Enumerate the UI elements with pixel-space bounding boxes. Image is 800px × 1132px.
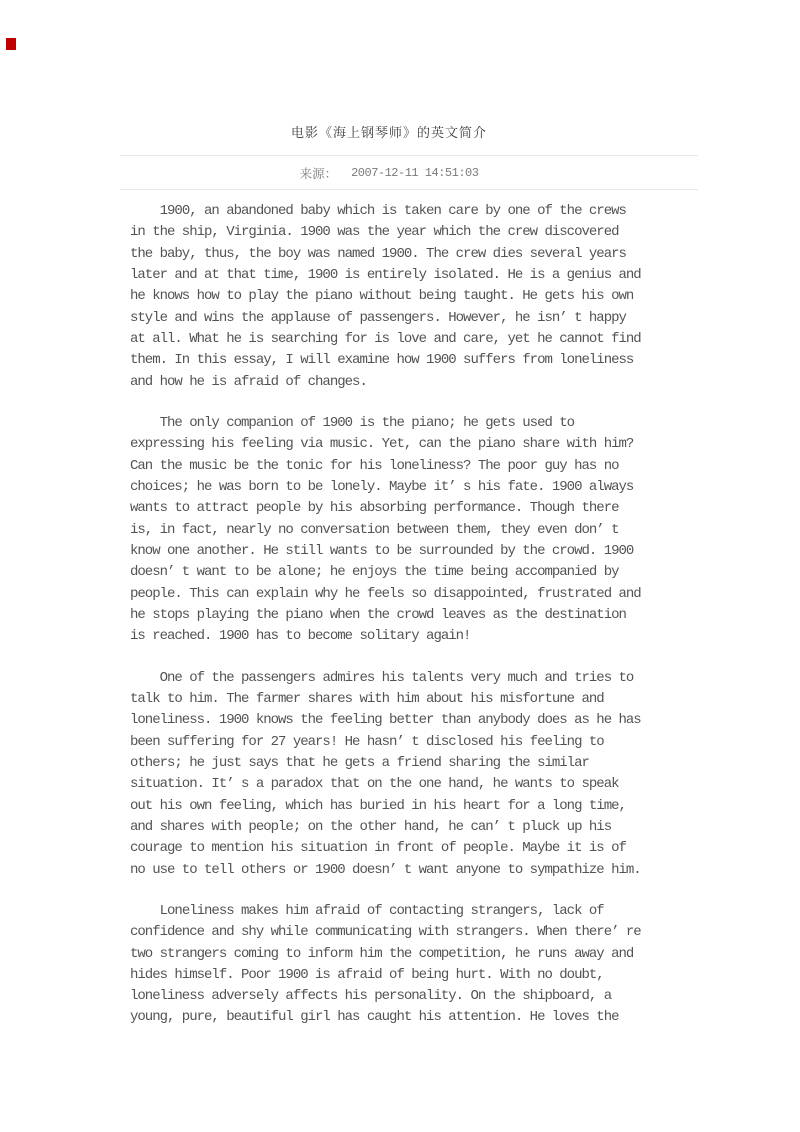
page-title: 电影《海上钢琴师》的英文简介 [120,0,698,144]
paragraph-4: Loneliness makes him afraid of contactin… [130,901,698,1029]
red-square-marker [6,38,16,50]
paragraph-1: 1900, an abandoned baby which is taken c… [130,201,698,393]
paragraph-3: One of the passengers admires his talent… [130,668,698,881]
document-page: { "doc": { "marker_color": "#c00000", "t… [0,0,800,1132]
meta-row: 来源： 2007-12-11 14:51:03 [120,156,698,189]
page-content: 电影《海上钢琴师》的英文简介 来源： 2007-12-11 14:51:03 1… [120,0,698,1049]
essay-body: 1900, an abandoned baby which is taken c… [120,201,698,1029]
publish-timestamp: 2007-12-11 14:51:03 [351,166,478,180]
paragraph-2: The only companion of 1900 is the piano;… [130,413,698,648]
divider-bottom [120,189,698,190]
source-label: 来源： [300,164,338,182]
